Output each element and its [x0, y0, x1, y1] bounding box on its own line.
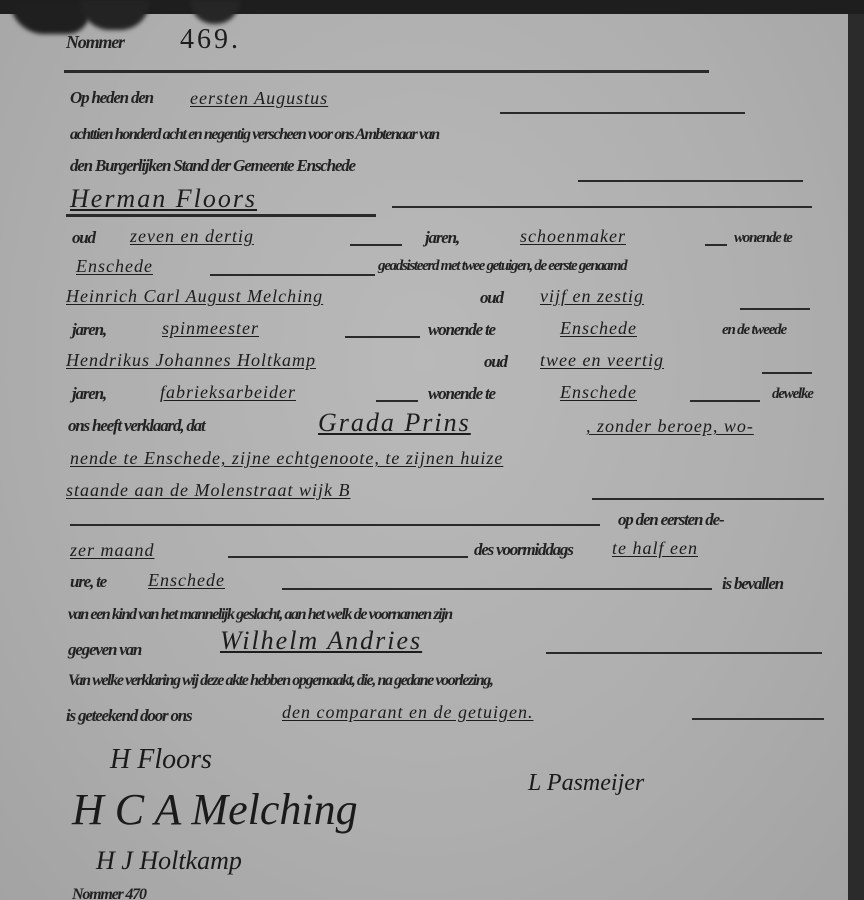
rule	[762, 372, 812, 374]
printed-text: oud	[72, 228, 95, 248]
handwritten-time: te half een	[612, 538, 698, 559]
street-address: staande aan de Molenstraat wijk B	[66, 480, 350, 501]
printed-text: oud	[484, 352, 507, 372]
witness-2-name: Hendrikus Johannes Holtkamp	[66, 350, 316, 371]
printed-text: gegeven van	[68, 640, 141, 660]
rule	[692, 718, 824, 720]
rule	[210, 274, 375, 276]
handwritten-place: Enschede	[76, 256, 153, 277]
printed-text: des voormiddags	[474, 540, 573, 560]
printed-text: ons heeft verklaard, dat	[68, 416, 204, 436]
rule	[500, 112, 745, 114]
witness-2-occupation: fabrieksarbeider	[160, 382, 296, 403]
rule	[546, 652, 822, 654]
printed-text: is geteekend door ons	[66, 706, 191, 726]
printed-text: den Burgerlijken Stand der Gemeente Ensc…	[70, 156, 355, 176]
witness-2-place: Enschede	[560, 382, 637, 403]
rule	[690, 400, 760, 402]
handwritten-occupation: schoenmaker	[520, 226, 626, 247]
mother-name: Grada Prins	[318, 408, 471, 438]
official-signature: L Pasmeijer	[528, 770, 644, 797]
printed-text: wonende te	[428, 384, 495, 404]
rule	[392, 206, 812, 208]
number-label: Nommer	[66, 32, 124, 53]
rule	[705, 244, 727, 246]
printed-text: Van welke verklaring wij deze akte hebbe…	[68, 672, 493, 690]
rule	[345, 336, 420, 338]
signatories-text: den comparant en de getuigen.	[282, 702, 533, 723]
witness-1-place: Enschede	[560, 318, 637, 339]
rule	[578, 180, 803, 182]
birth-place: Enschede	[148, 570, 225, 591]
printed-text: en de tweede	[722, 322, 786, 339]
page-edge-border	[848, 0, 864, 900]
rule	[282, 588, 712, 590]
printed-text: dewelke	[772, 386, 813, 403]
entry-number: 469.	[180, 24, 241, 56]
witness-1-name: Heinrich Carl August Melching	[66, 286, 323, 307]
printed-text: is bevallen	[722, 574, 783, 594]
witness-1-occupation: spinmeester	[162, 318, 259, 339]
printed-text: ure, te	[70, 572, 106, 592]
printed-text: oud	[480, 288, 503, 308]
rule	[228, 556, 468, 558]
printed-text: wonende te	[428, 320, 495, 340]
printed-text: op den eersten de-	[618, 510, 723, 530]
rule	[592, 498, 824, 500]
handwritten-date: eersten Augustus	[190, 88, 328, 109]
witness-1-signature: H C A Melching	[72, 784, 358, 835]
rule	[70, 524, 600, 526]
rule	[66, 214, 376, 217]
printed-text: Op heden den	[70, 88, 153, 108]
next-entry-number: Nommer 470	[72, 886, 146, 900]
printed-text: wonende te	[734, 230, 792, 247]
rule	[350, 244, 402, 246]
declarant-signature: H Floors	[110, 744, 212, 776]
handwritten-age: zeven en dertig	[130, 226, 254, 247]
birth-location-details: nende te Enschede, zijne echtgenoote, te…	[70, 448, 503, 469]
rule	[64, 70, 709, 73]
printed-text: van een kind van het mannelijk geslacht,…	[68, 606, 452, 624]
handwritten-month: zer maand	[70, 540, 155, 561]
witness-1-age: vijf en zestig	[540, 286, 644, 307]
printed-text: jaren,	[72, 384, 106, 404]
printed-text: achttien honderd acht en negentig versch…	[70, 126, 439, 144]
printed-text: jaren,	[425, 228, 459, 248]
mother-details: , zonder beroep, wo-	[586, 416, 754, 437]
witness-2-age: twee en veertig	[540, 350, 664, 371]
child-name: Wilhelm Andries	[220, 626, 422, 656]
printed-text: jaren,	[72, 320, 106, 340]
declarant-name: Herman Floors	[70, 184, 257, 214]
rule	[376, 400, 418, 402]
witness-2-signature: H J Holtkamp	[96, 846, 242, 876]
printed-text: geadsisteerd met twee getuigen, de eerst…	[378, 258, 626, 275]
rule	[740, 308, 810, 310]
